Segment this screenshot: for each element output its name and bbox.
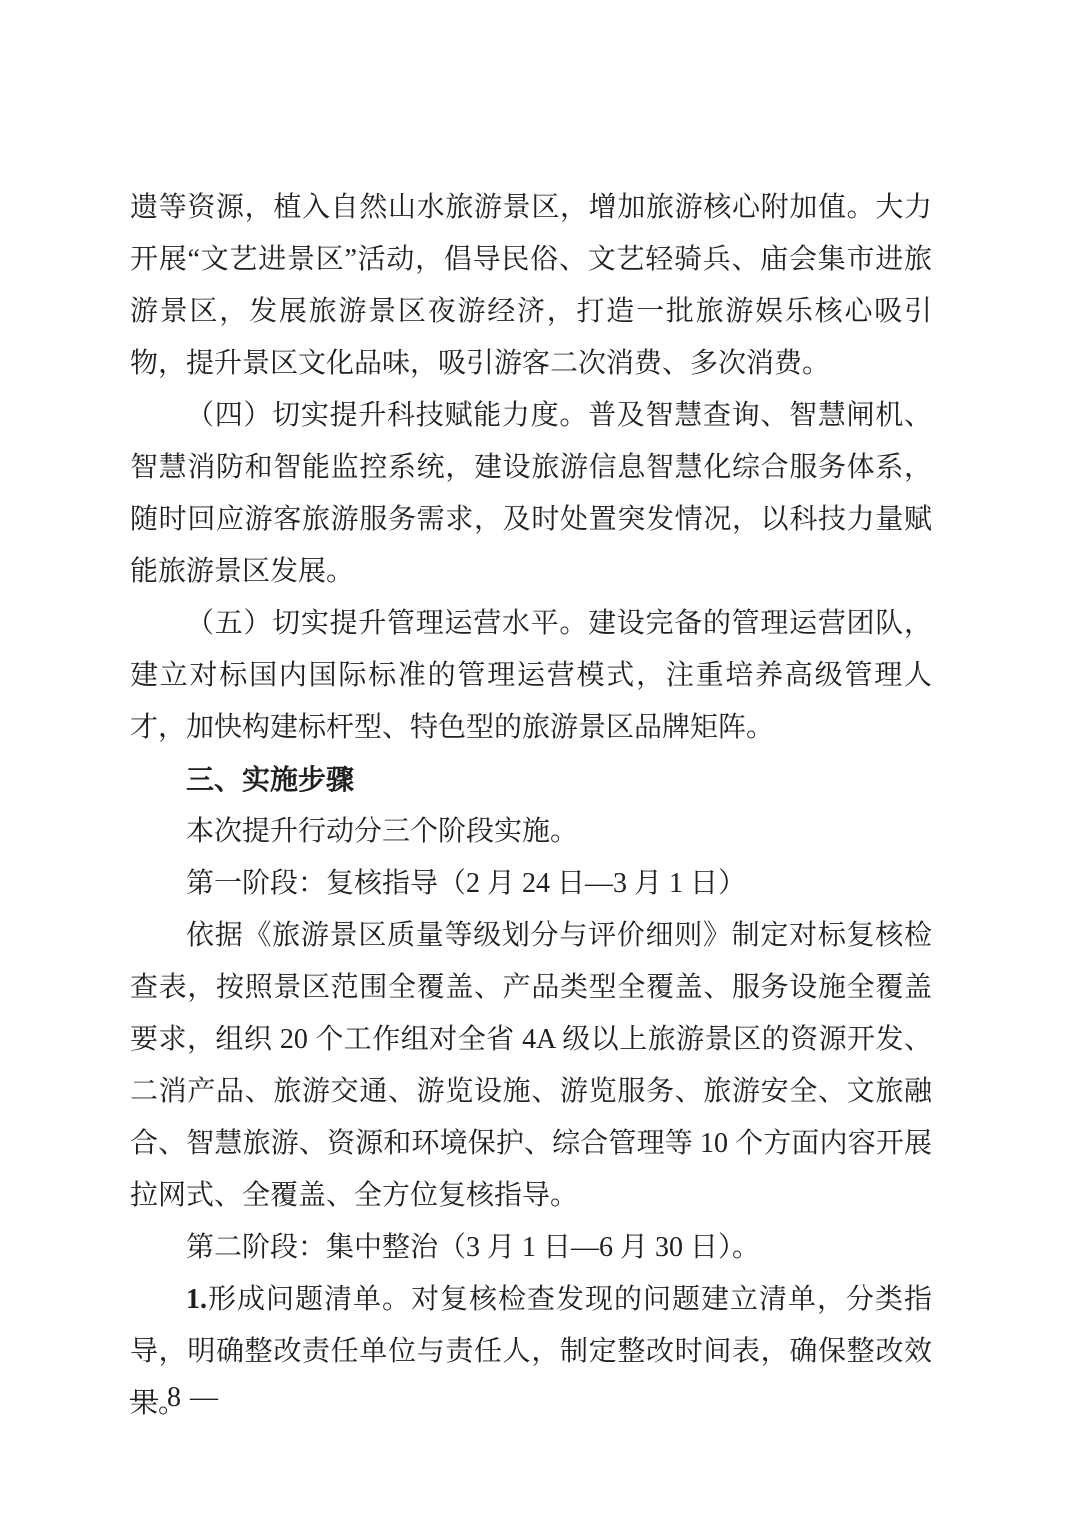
task-1-number: 1. [186, 1284, 207, 1315]
page-number: — 8 — [130, 1382, 219, 1414]
stage-2-heading: 第二阶段：集中整治（3 月 1 日—6 月 30 日）。 [130, 1222, 932, 1274]
paragraph-item-4: （四）切实提升科技赋能力度。普及智慧查询、智慧闸机、智慧消防和智能监控系统，建设… [130, 390, 932, 598]
paragraph-stages-intro: 本次提升行动分三个阶段实施。 [130, 806, 932, 858]
paragraph-task-1: 1.形成问题清单。对复核检查发现的问题建立清单，分类指导，明确整改责任单位与责任… [130, 1274, 932, 1430]
task-1-text: 形成问题清单。对复核检查发现的问题建立清单，分类指导，明确整改责任单位与责任人，… [130, 1284, 932, 1419]
document-body: 遗等资源，植入自然山水旅游景区，增加旅游核心附加值。大力开展“文艺进景区”活动，… [130, 182, 932, 1430]
paragraph-item-5: （五）切实提升管理运营水平。建设完备的管理运营团队，建立对标国内国际标准的管理运… [130, 598, 932, 754]
paragraph-stage-1-detail: 依据《旅游景区质量等级划分与评价细则》制定对标复核检查表，按照景区范围全覆盖、产… [130, 910, 932, 1222]
paragraph-continuation: 遗等资源，植入自然山水旅游景区，增加旅游核心附加值。大力开展“文艺进景区”活动，… [130, 182, 932, 390]
document-page: 遗等资源，植入自然山水旅游景区，增加旅游核心附加值。大力开展“文艺进景区”活动，… [0, 0, 1074, 1520]
section-heading-implementation-steps: 三、实施步骤 [130, 754, 932, 806]
stage-1-heading: 第一阶段：复核指导（2 月 24 日—3 月 1 日） [130, 858, 932, 910]
